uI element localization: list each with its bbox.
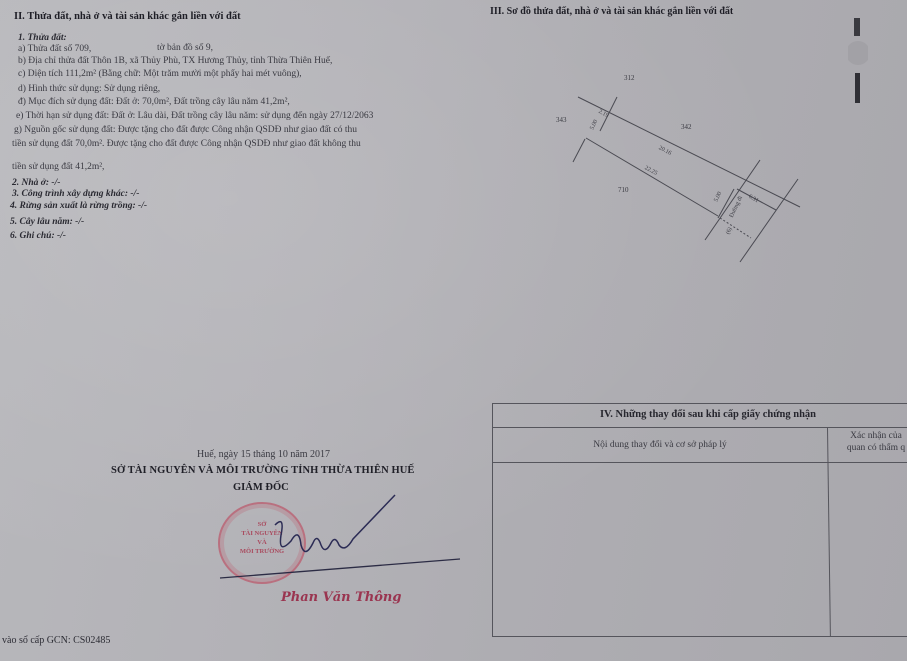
changes-table: IV. Những thay đổi sau khi cấp giấy chứn… (492, 403, 907, 637)
column-confirm-line1: Xác nhận của (831, 430, 907, 442)
column-confirm-header: Xác nhận của quan có thẩm q (831, 430, 907, 454)
changes-table-title-row: IV. Những thay đổi sau khi cấp giấy chứn… (493, 404, 907, 428)
signer-name: Phan Văn Thông (281, 590, 401, 605)
section-iv-title: IV. Những thay đổi sau khi cấp giấy chứn… (493, 409, 907, 420)
changes-table-header-row: Nội dung thay đổi và cơ sở pháp lý Xác n… (493, 428, 907, 463)
column-confirm-line2: quan có thẩm q (831, 442, 907, 454)
certificate-registry-number: vào sổ cấp GCN: CS02485 (2, 635, 110, 646)
column-content-header: Nội dung thay đổi và cơ sở pháp lý (493, 440, 827, 450)
